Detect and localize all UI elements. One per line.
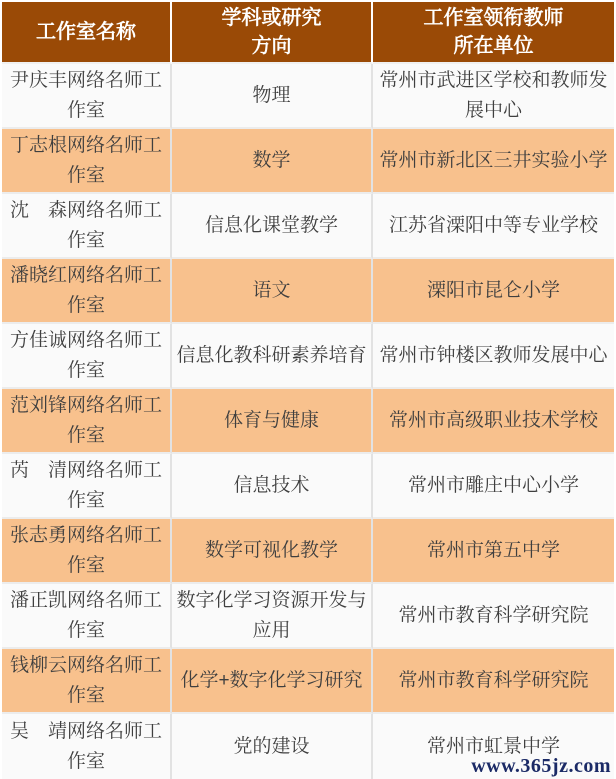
workshop-name-cell: 芮 清网络名师工作室	[2, 454, 172, 519]
header-workshop-name: 工作室名称	[2, 2, 172, 64]
header-subject: 学科或研究 方向	[172, 2, 373, 64]
unit-cell: 常州市武进区学校和教师发展中心	[373, 64, 614, 129]
table-header: 工作室名称 学科或研究 方向 工作室领衔教师 所在单位	[2, 2, 614, 64]
table-row: 范刘锋网络名师工作室 体育与健康 常州市高级职业技术学校	[2, 389, 614, 454]
unit-cell: 溧阳市昆仑小学	[373, 259, 614, 324]
header-line: 工作室名称	[6, 18, 166, 46]
subject-cell: 语文	[172, 259, 373, 324]
workshop-name-cell: 张志勇网络名师工作室	[2, 519, 172, 584]
unit-cell: 常州市雕庄中心小学	[373, 454, 614, 519]
workshop-name-cell: 丁志根网络名师工作室	[2, 129, 172, 194]
header-line: 所在单位	[377, 32, 610, 60]
header-line: 方向	[176, 32, 367, 60]
unit-cell: 江苏省溧阳中等专业学校	[373, 194, 614, 259]
unit-cell: 常州市新北区三井实验小学	[373, 129, 614, 194]
workshop-name-cell: 尹庆丰网络名师工作室	[2, 64, 172, 129]
header-line: 学科或研究	[176, 4, 367, 32]
workshop-name-cell: 范刘锋网络名师工作室	[2, 389, 172, 454]
unit-cell: 常州市钟楼区教师发展中心	[373, 324, 614, 389]
table-row: 钱柳云网络名师工作室 化学+数字化学习研究 常州市教育科学研究院	[2, 649, 614, 714]
table-row: 沈 森网络名师工作室 信息化课堂教学 江苏省溧阳中等专业学校	[2, 194, 614, 259]
subject-cell: 物理	[172, 64, 373, 129]
table-row: 丁志根网络名师工作室 数学 常州市新北区三井实验小学	[2, 129, 614, 194]
unit-cell: 常州市教育科学研究院	[373, 649, 614, 714]
workshops-table: 工作室名称 学科或研究 方向 工作室领衔教师 所在单位 尹庆丰网络名师工作室 物…	[2, 2, 614, 779]
subject-cell: 党的建设	[172, 714, 373, 779]
subject-cell: 数学	[172, 129, 373, 194]
unit-cell: 常州市教育科学研究院	[373, 584, 614, 649]
table-page: 工作室名称 学科或研究 方向 工作室领衔教师 所在单位 尹庆丰网络名师工作室 物…	[0, 0, 616, 779]
table-row: 尹庆丰网络名师工作室 物理 常州市武进区学校和教师发展中心	[2, 64, 614, 129]
subject-cell: 数字化学习资源开发与应用	[172, 584, 373, 649]
table-row: 潘正凯网络名师工作室 数字化学习资源开发与应用 常州市教育科学研究院	[2, 584, 614, 649]
workshop-name-cell: 沈 森网络名师工作室	[2, 194, 172, 259]
workshop-name-cell: 吴 靖网络名师工作室	[2, 714, 172, 779]
unit-cell: 常州市第五中学	[373, 519, 614, 584]
header-unit: 工作室领衔教师 所在单位	[373, 2, 614, 64]
table-body: 尹庆丰网络名师工作室 物理 常州市武进区学校和教师发展中心 丁志根网络名师工作室…	[2, 64, 614, 779]
header-line: 工作室领衔教师	[377, 4, 610, 32]
header-row: 工作室名称 学科或研究 方向 工作室领衔教师 所在单位	[2, 2, 614, 64]
table-row: 潘晓红网络名师工作室 语文 溧阳市昆仑小学	[2, 259, 614, 324]
subject-cell: 化学+数字化学习研究	[172, 649, 373, 714]
table-row: 张志勇网络名师工作室 数学可视化教学 常州市第五中学	[2, 519, 614, 584]
unit-cell: 常州市高级职业技术学校	[373, 389, 614, 454]
subject-cell: 体育与健康	[172, 389, 373, 454]
subject-cell: 信息技术	[172, 454, 373, 519]
workshop-name-cell: 潘正凯网络名师工作室	[2, 584, 172, 649]
subject-cell: 数学可视化教学	[172, 519, 373, 584]
subject-cell: 信息化教科研素养培育	[172, 324, 373, 389]
subject-cell: 信息化课堂教学	[172, 194, 373, 259]
table-row: 芮 清网络名师工作室 信息技术 常州市雕庄中心小学	[2, 454, 614, 519]
workshop-name-cell: 潘晓红网络名师工作室	[2, 259, 172, 324]
workshop-name-cell: 方佳诚网络名师工作室	[2, 324, 172, 389]
table-row: 方佳诚网络名师工作室 信息化教科研素养培育 常州市钟楼区教师发展中心	[2, 324, 614, 389]
workshop-name-cell: 钱柳云网络名师工作室	[2, 649, 172, 714]
watermark-text: www.365jz.com	[471, 755, 611, 778]
